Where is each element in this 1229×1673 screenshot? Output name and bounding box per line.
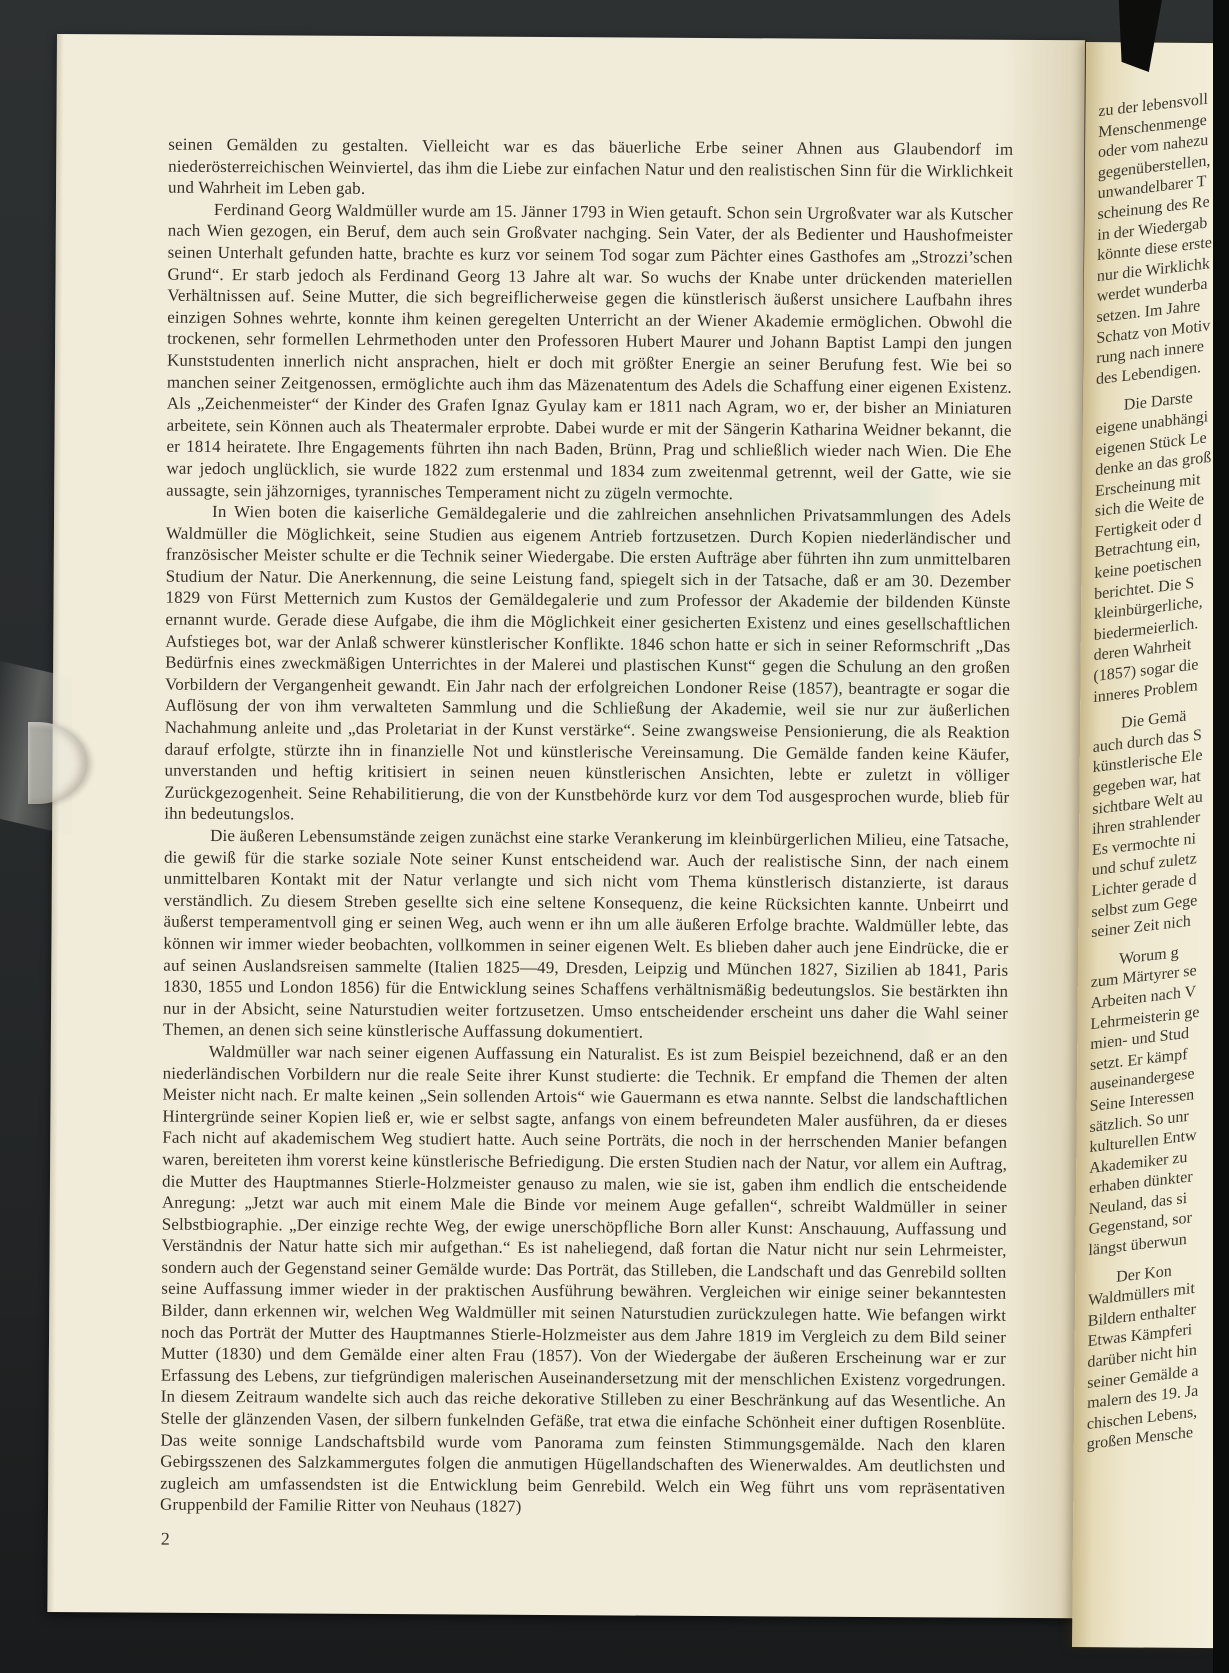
next-page-paragraph: Der KonWaldmüllers mitBildern enthalterE…	[1087, 1239, 1229, 1456]
right-page: zu der lebensvollMenschenmengeoder vom n…	[1072, 42, 1229, 1648]
paragraph: Die äußeren Lebensumstände zeigen zunäch…	[163, 825, 1009, 1046]
body-text: seinen Gemälden zu gestalten. Vielleicht…	[160, 134, 1013, 1521]
book-photo: seinen Gemälden zu gestalten. Vielleicht…	[0, 0, 1229, 1673]
next-page-text: zu der lebensvollMenschenmengeoder vom n…	[1087, 70, 1229, 1456]
photo-edge-right	[1213, 0, 1229, 1673]
paragraph: In Wien boten die kaiserliche Gemäldegal…	[164, 501, 1011, 830]
next-page-paragraph: Worum gzum Märtyrer seArbeiten nach VLeh…	[1088, 921, 1229, 1262]
left-page: seinen Gemälden zu gestalten. Vielleicht…	[47, 34, 1085, 1618]
next-page-paragraph: Die Darsteeigene unabhängieigenen Stück …	[1093, 367, 1229, 708]
next-page-paragraph: Die Gemäauch durch das Skünstlerische El…	[1091, 685, 1229, 943]
paragraph: seinen Gemälden zu gestalten. Vielleicht…	[168, 134, 1013, 204]
paragraph: Waldmüller war nach seiner eigenen Auffa…	[160, 1041, 1008, 1521]
paragraph: Ferdinand Georg Waldmüller wurde am 15. …	[166, 198, 1013, 505]
next-page-paragraph: zu der lebensvollMenschenmengeoder vom n…	[1096, 70, 1229, 390]
page-number: 2	[161, 1529, 170, 1550]
